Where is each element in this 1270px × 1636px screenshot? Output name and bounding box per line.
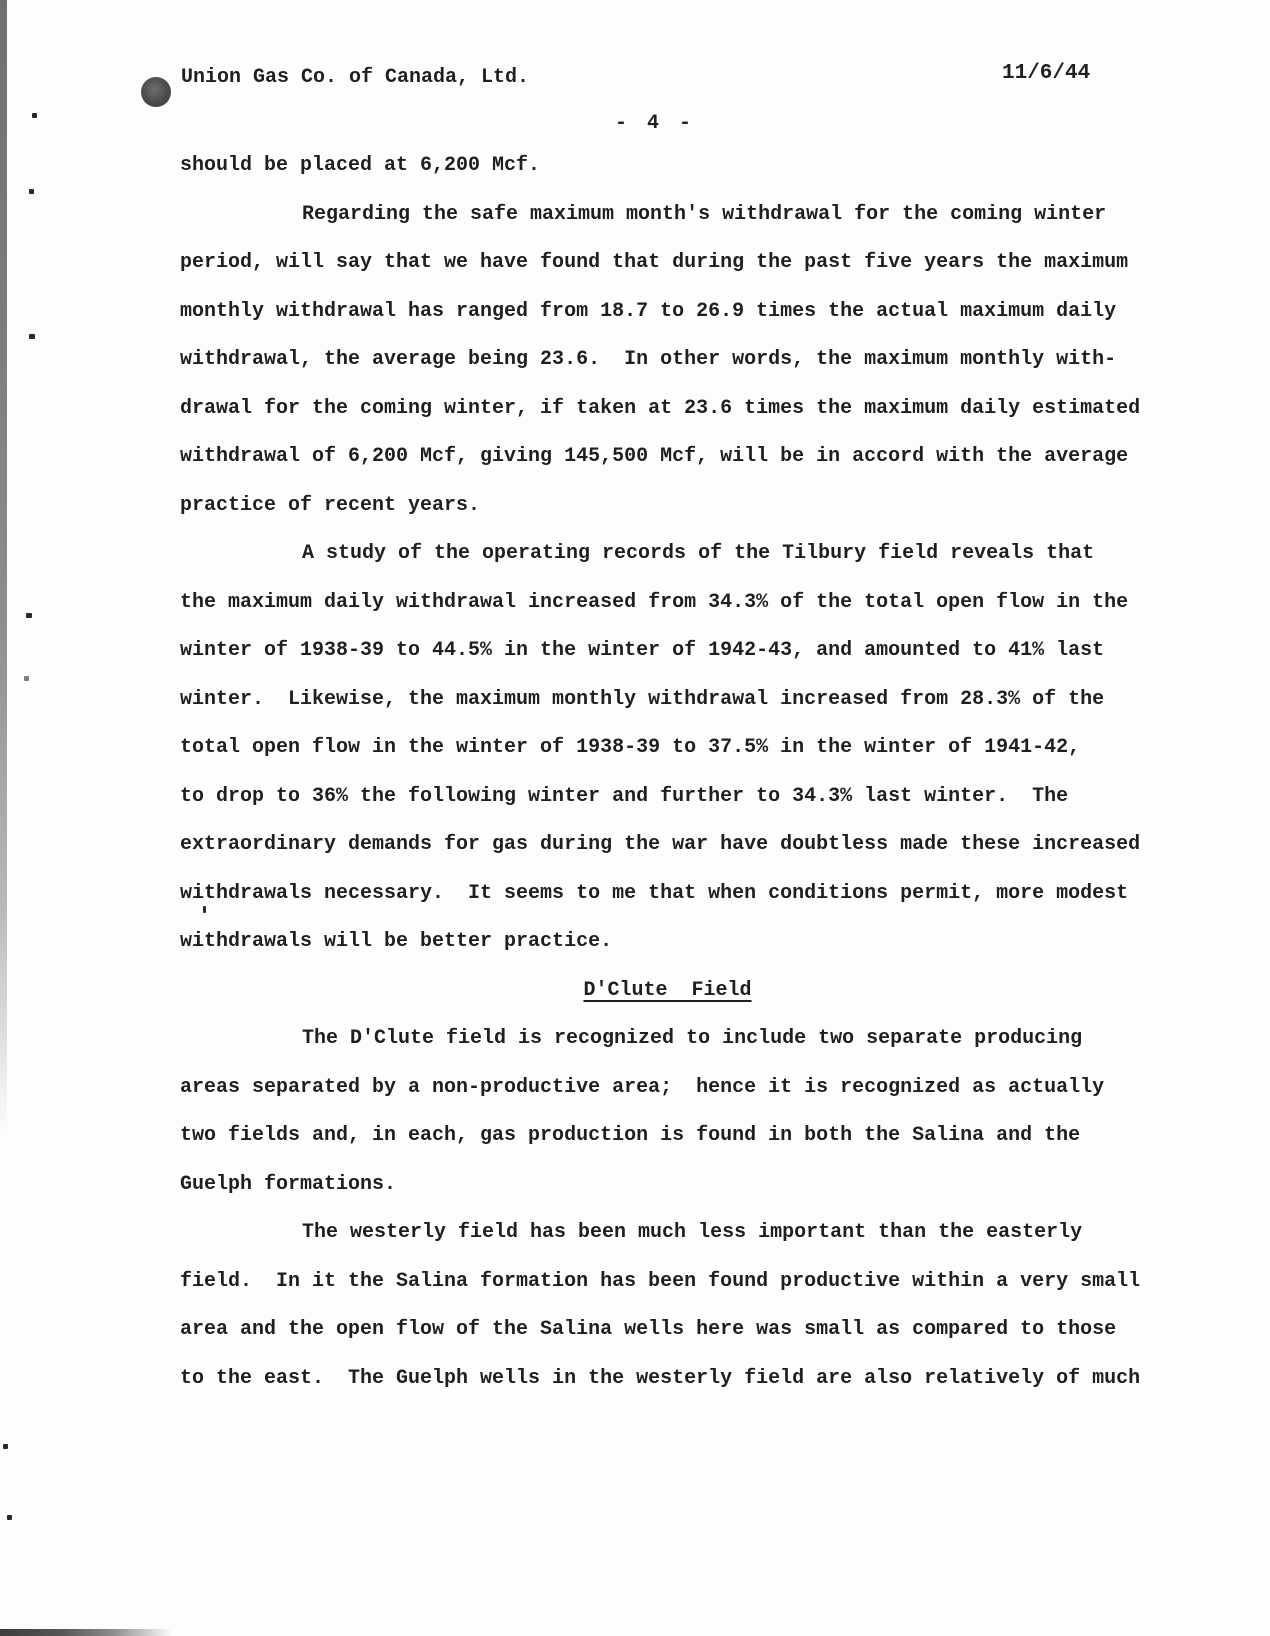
text-line: monthly withdrawal has ranged from 18.7 … bbox=[180, 288, 1155, 337]
text-line: the maximum daily withdrawal increased f… bbox=[180, 579, 1155, 628]
scan-speck bbox=[3, 1444, 8, 1449]
section-heading: D'Clute Field bbox=[180, 967, 1155, 1016]
scan-speck bbox=[7, 1515, 12, 1520]
scan-speck bbox=[26, 613, 32, 618]
text-line: winter of 1938-39 to 44.5% in the winter… bbox=[180, 627, 1155, 676]
text-line: The D'Clute field is recognized to inclu… bbox=[180, 1015, 1155, 1064]
text-line: to drop to 36% the following winter and … bbox=[180, 773, 1155, 822]
scan-speck bbox=[24, 676, 29, 681]
text-line: to the east. The Guelph wells in the wes… bbox=[180, 1355, 1155, 1404]
scan-speck bbox=[29, 189, 34, 194]
text-line: drawal for the coming winter, if taken a… bbox=[180, 385, 1155, 434]
text-line: practice of recent years. bbox=[180, 482, 1155, 531]
text-line: withdrawal, the average being 23.6. In o… bbox=[180, 336, 1155, 385]
text-line: Guelph formations. bbox=[180, 1161, 1155, 1210]
scan-speck bbox=[32, 113, 37, 118]
text-line: field. In it the Salina formation has be… bbox=[180, 1258, 1155, 1307]
scan-speck bbox=[29, 334, 35, 339]
text-line: A study of the operating records of the … bbox=[180, 530, 1155, 579]
scan-bottom-bar bbox=[0, 1629, 172, 1636]
text-line: two fields and, in each, gas production … bbox=[180, 1112, 1155, 1161]
text-line: winter. Likewise, the maximum monthly wi… bbox=[180, 676, 1155, 725]
text-line: period, will say that we have found that… bbox=[180, 239, 1155, 288]
text-line: should be placed at 6,200 Mcf. bbox=[180, 142, 1155, 191]
text-line: withdrawals will be better practice. bbox=[180, 918, 1155, 967]
body-text: should be placed at 6,200 Mcf.Regarding … bbox=[180, 142, 1155, 1403]
text-line: withdrawals necessary. It seems to me th… bbox=[180, 870, 1155, 919]
text-line: areas separated by a non-productive area… bbox=[180, 1064, 1155, 1113]
text-line: Regarding the safe maximum month's withd… bbox=[180, 191, 1155, 240]
text-line: area and the open flow of the Salina wel… bbox=[180, 1306, 1155, 1355]
scan-edge-bar bbox=[0, 0, 7, 1135]
document-date: 11/6/44 bbox=[1002, 62, 1090, 85]
company-name: Union Gas Co. of Canada, Ltd. bbox=[181, 66, 529, 89]
scan-speck bbox=[203, 906, 206, 913]
text-line: The westerly field has been much less im… bbox=[180, 1209, 1155, 1258]
text-line: total open flow in the winter of 1938-39… bbox=[180, 724, 1155, 773]
punch-hole-mark bbox=[141, 77, 171, 107]
text-line: withdrawal of 6,200 Mcf, giving 145,500 … bbox=[180, 433, 1155, 482]
page-number: - 4 - bbox=[180, 112, 1130, 135]
document-page: Union Gas Co. of Canada, Ltd. 11/6/44 - … bbox=[0, 0, 1270, 1636]
text-line: extraordinary demands for gas during the… bbox=[180, 821, 1155, 870]
